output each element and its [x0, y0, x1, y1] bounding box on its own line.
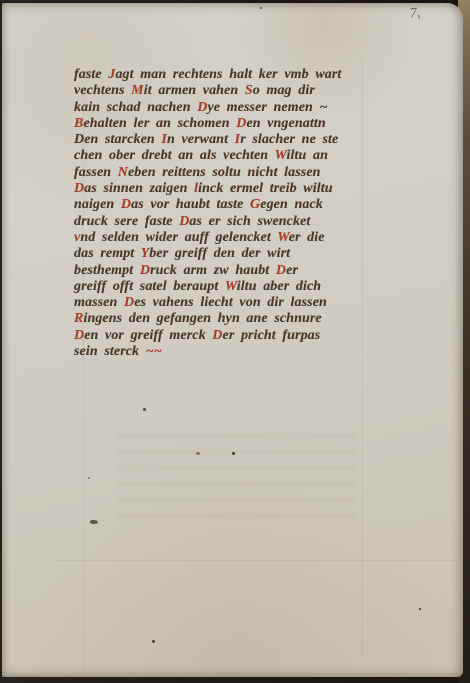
text-segment: nd selden wider auff gelencket	[80, 230, 277, 245]
text-segment: o mag dir	[253, 83, 315, 98]
manuscript-line: vnd selden wider auff gelencket Wer die	[74, 230, 426, 246]
rubricated-letter: S	[245, 83, 253, 98]
manuscript-line: Behalten ler an schomen Den vngenattn	[74, 116, 426, 132]
text-segment: ber greiff den der wirt	[149, 246, 290, 261]
manuscript-line: Den vor greiff merck Der pricht furpas	[74, 328, 426, 344]
text-segment: chen ober drebt an als vechten	[74, 148, 275, 163]
text-segment: as er sich swencket	[189, 214, 310, 229]
text-segment: sein sterck	[74, 344, 146, 359]
text-segment: Den starcken	[74, 132, 161, 147]
rubricated-letter: D	[124, 295, 134, 310]
rubricated-letter: D	[74, 328, 84, 343]
verso-showthrough	[117, 428, 357, 523]
manuscript-line: chen ober drebt an als vechten Wiltu an	[74, 148, 426, 164]
text-segment: inck ermel treib wiltu	[198, 181, 332, 196]
manuscript-line: naigen Das vor haubt taste Gegen nack	[74, 197, 426, 213]
text-segment: greiff offt satel beraupt	[74, 279, 225, 294]
ink-speck	[232, 452, 235, 455]
text-segment: er die	[289, 230, 325, 245]
ink-speck	[419, 608, 421, 610]
rubricated-letter: W	[275, 148, 287, 163]
text-segment: as vor haubt taste	[131, 197, 250, 212]
text-segment: druck sere faste	[74, 214, 179, 229]
ink-speck	[143, 408, 146, 411]
rubricated-letter: D	[121, 197, 131, 212]
text-segment: besthempt	[74, 263, 140, 278]
text-segment: it armen vahen	[144, 83, 245, 98]
rubricated-letter: W	[277, 230, 289, 245]
rubricated-letter: G	[250, 197, 260, 212]
manuscript-line: Ringens den gefangen hyn ane schnure	[74, 311, 426, 327]
rubricated-letter: M	[131, 83, 144, 98]
manuscript-line: kain schad nachen Dye messer nemen ~	[74, 100, 426, 116]
text-segment: vechtens	[74, 83, 131, 98]
manuscript-line: vechtens Mit armen vahen So mag dir	[74, 83, 426, 99]
text-segment: r slacher ne ste	[240, 132, 338, 147]
text-segment: ye messer nemen ~	[207, 100, 327, 115]
text-block: faste Jagt man rechtens halt ker vmb war…	[74, 67, 426, 360]
text-segment: faste	[74, 67, 108, 82]
manuscript-line: fassen Neben reittens soltu nicht lassen	[74, 165, 426, 181]
text-segment: er pricht furpas	[223, 328, 321, 343]
text-segment: er	[286, 263, 298, 278]
ink-blot	[90, 520, 98, 524]
ink-speck	[260, 7, 262, 9]
text-segment: en vngenattn	[246, 116, 325, 131]
parchment-page: 7, faste Jagt man rechtens halt ker vmb …	[2, 3, 463, 677]
manuscript-line: das rempt Yber greiff den der wirt	[74, 246, 426, 262]
text-segment: massen	[74, 295, 124, 310]
text-segment: kain schad nachen	[74, 100, 197, 115]
rubricated-letter: W	[225, 279, 237, 294]
text-segment: n verwant	[167, 132, 235, 147]
text-segment: iltu aber dich	[237, 279, 321, 294]
rubricated-letter: D	[236, 116, 246, 131]
folio-number: 7,	[409, 5, 421, 22]
manuscript-line: Den starcken In verwant Ir slacher ne st…	[74, 132, 426, 148]
rubricated-letter: D	[140, 263, 150, 278]
text-segment: naigen	[74, 197, 121, 212]
rubricated-letter: D	[212, 328, 222, 343]
manuscript-line: Das sinnen zaigen linck ermel treib wilt…	[74, 181, 426, 197]
manuscript-line: greiff offt satel beraupt Wiltu aber dic…	[74, 279, 426, 295]
ink-speck	[152, 640, 155, 643]
manuscript-photo: 7, faste Jagt man rechtens halt ker vmb …	[0, 0, 470, 683]
manuscript-line: massen Des vahens liecht von dir lassen	[74, 295, 426, 311]
text-segment: ehalten ler an schomen	[83, 116, 236, 131]
ink-speck	[196, 452, 200, 455]
text-segment: ingens den gefangen hyn ane schnure	[83, 311, 321, 326]
manuscript-line: sein sterck ~~	[74, 344, 426, 360]
text-segment: fassen	[74, 165, 118, 180]
text-segment: ruck arm zw haubt	[150, 263, 276, 278]
rubricated-letter: ~~	[146, 344, 162, 359]
rubricated-letter: D	[276, 263, 286, 278]
text-segment: es vahens liecht von dir lassen	[134, 295, 327, 310]
rubricated-letter: D	[74, 181, 84, 196]
rubricated-letter: Y	[141, 246, 150, 261]
ink-speck	[88, 477, 90, 479]
manuscript-line: faste Jagt man rechtens halt ker vmb war…	[74, 67, 426, 83]
rubricated-letter: D	[179, 214, 189, 229]
text-segment: iltu an	[287, 148, 328, 163]
rubricated-letter: D	[197, 100, 207, 115]
rubricated-letter: N	[118, 165, 128, 180]
manuscript-line: druck sere faste Das er sich swencket	[74, 214, 426, 230]
text-segment: das rempt	[74, 246, 141, 261]
text-segment: egen nack	[260, 197, 323, 212]
horizontal-crease	[57, 560, 457, 561]
text-segment: eben reittens soltu nicht lassen	[128, 165, 321, 180]
text-segment: agt man rechtens halt ker vmb wart	[115, 67, 341, 82]
text-segment: as sinnen zaigen	[84, 181, 194, 196]
manuscript-line: besthempt Druck arm zw haubt Der	[74, 263, 426, 279]
text-segment: en vor greiff merck	[84, 328, 212, 343]
